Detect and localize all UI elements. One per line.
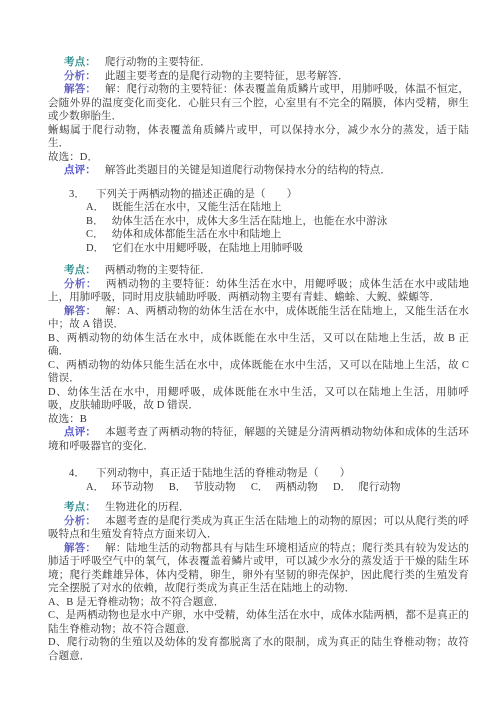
- question: 4．下列动物中，真正适于陆地生活的脊椎动物是（ ）: [48, 467, 469, 481]
- paragraph-text: C、两栖动物的幼体只能生活在水中，成体既能在水中生活，又可以在陆地上生活，故 C…: [48, 360, 469, 385]
- paragraph: D、幼体生活在水中，用鳃呼吸，成体既能在水中生活，又可以在陆地上生活，用肺呼吸，…: [48, 386, 469, 413]
- paragraph-label: 解答：: [64, 84, 96, 95]
- paragraph: B、两栖动物的幼体生活在水中，成体既能在水中生活，又可以在陆地上生活，故 B 正…: [48, 332, 469, 359]
- paragraph-label: 分析：: [64, 279, 97, 290]
- paragraph: 故选：D．: [48, 151, 469, 165]
- paragraph-label: 考点：: [64, 265, 96, 276]
- paragraph-text: 本题考查了两栖动物的特征，解题的关键是分清两栖动物幼体和成体的生活环境和呼吸器官…: [48, 427, 469, 452]
- option-text: 幼体和成体都能生活在水中和陆地上: [112, 229, 282, 240]
- option-text: 节肢动物: [193, 482, 235, 493]
- labeled-paragraph: 分析：两栖动物的主要特征：幼体生活在水中，用鳃呼吸；成体生活在水中或陆地上，用肺…: [48, 278, 469, 305]
- option-letter: B．: [86, 216, 104, 227]
- paragraph-text: 此题主要考查的是爬行动物的主要特征，思考解答．: [105, 71, 349, 82]
- paragraph-label: 解答：: [64, 543, 96, 554]
- question-number: 4．: [69, 468, 85, 479]
- answer-option: B．节肢动物: [169, 482, 236, 493]
- option-text: 既能生活在水中，又能生活在陆地上: [112, 202, 282, 213]
- question-stem: 下列关于两栖动物的描述正确的是（ ）: [96, 189, 297, 200]
- paragraph: 蜥蜴属于爬行动物，体表覆盖角质鳞片或甲，可以保持水分，减少水分的蒸发，适于陆生．: [48, 124, 469, 151]
- labeled-paragraph: 解答：解：爬行动物的主要特征：体表覆盖角质鳞片或甲，用肺呼吸，体温不恒定，会随外…: [48, 83, 469, 124]
- paragraph-text: 爬行动物的主要特征．: [105, 57, 211, 68]
- paragraph-text: A、B 是无脊椎动物；故不符合题意．: [48, 597, 225, 608]
- paragraph-text: B、两栖动物的幼体生活在水中，成体既能在水中生活，又可以在陆地上生活，故 B 正…: [48, 333, 469, 358]
- paragraph-label: 分析：: [64, 71, 96, 82]
- labeled-paragraph: 考点：爬行动物的主要特征．: [48, 56, 469, 70]
- answer-option: D．爬行动物: [333, 482, 401, 493]
- option-letter: C．: [86, 229, 104, 240]
- option-text: 爬行动物: [358, 482, 400, 493]
- paragraph-label: 点评：: [64, 427, 96, 438]
- paragraph-text: 蜥蜴属于爬行动物，体表覆盖角质鳞片或甲，可以保持水分，减少水分的蒸发，适于陆生．: [48, 125, 469, 150]
- answer-option: D．它们在水中用鳃呼吸，在陆地上用肺呼吸: [48, 242, 469, 256]
- paragraph-label: 解答：: [64, 306, 96, 317]
- document-page: 考点：爬行动物的主要特征．分析：此题主要考查的是爬行动物的主要特征，思考解答．解…: [0, 0, 500, 707]
- labeled-paragraph: 解答：解：A、两栖动物的幼体生活在水中，成体既能生活在陆地上，又能生活在水中；故…: [48, 305, 469, 332]
- paragraph: C、是两栖动物也是水中产卵，水中受精，幼体生活在水中，成体水陆两栖，都不是真正的…: [48, 609, 469, 636]
- labeled-paragraph: 点评：解答此类题目的关键是知道爬行动物保持水分的结构的特点．: [48, 164, 469, 178]
- answer-option: C．两栖动物: [251, 482, 318, 493]
- option-letter: D．: [86, 243, 104, 254]
- labeled-paragraph: 考点：两栖动物的主要特征．: [48, 264, 469, 278]
- paragraph-text: C、是两栖动物也是水中产卵，水中受精，幼体生活在水中，成体水陆两栖，都不是真正的…: [48, 610, 469, 635]
- paragraph-label: 考点：: [64, 57, 96, 68]
- question-stem: 下列动物中，真正适于陆地生活的脊椎动物是（ ）: [96, 468, 350, 479]
- paragraph-text: 本题考查的是爬行类成为真正生活在陆地上的动物的原因；可以从爬行类的呼吸特点和生殖…: [48, 516, 469, 541]
- answer-option: C．幼体和成体都能生活在水中和陆地上: [48, 228, 469, 242]
- answer-options-row: A．环节动物B．节肢动物C．两栖动物D．爬行动物: [48, 481, 469, 495]
- paragraph-label: 考点：: [64, 502, 96, 513]
- labeled-paragraph: 解答：解：陆地生活的动物都具有与陆生环境相适应的特点；爬行类具有较为发达的肺适于…: [48, 542, 469, 596]
- paragraph: 故选：B: [48, 413, 469, 427]
- paragraph-label: 分析：: [64, 516, 96, 527]
- paragraph: A、B 是无脊椎动物；故不符合题意．: [48, 596, 469, 610]
- answer-option: A．既能生活在水中，又能生活在陆地上: [48, 201, 469, 215]
- option-text: 环节动物: [111, 482, 153, 493]
- answer-option: A．环节动物: [86, 482, 154, 493]
- option-letter: A．: [86, 202, 104, 213]
- labeled-paragraph: 分析：此题主要考查的是爬行动物的主要特征，思考解答．: [48, 70, 469, 84]
- labeled-paragraph: 点评：本题考查了两栖动物的特征，解题的关键是分清两栖动物幼体和成体的生活环境和呼…: [48, 426, 469, 453]
- paragraph-text: 解：A、两栖动物的幼体生活在水中，成体既能生活在陆地上，又能生活在水中；故 A …: [48, 306, 469, 331]
- paragraph-text: 解：爬行动物的主要特征：体表覆盖角质鳞片或甲，用肺呼吸，体温不恒定，会随外界的温…: [48, 84, 469, 122]
- paragraph-text: 两栖动物的主要特征：幼体生活在水中，用鳃呼吸；成体生活在水中或陆地上，用肺呼吸，…: [48, 279, 469, 304]
- paragraph-text: 生物进化的历程．: [105, 502, 190, 513]
- option-text: 它们在水中用鳃呼吸，在陆地上用肺呼吸: [112, 243, 303, 254]
- paragraph-label: 点评：: [64, 165, 96, 176]
- option-letter: A．: [86, 482, 104, 493]
- document-content: 考点：爬行动物的主要特征．分析：此题主要考查的是爬行动物的主要特征，思考解答．解…: [48, 56, 469, 663]
- labeled-paragraph: 分析：本题考查的是爬行类成为真正生活在陆地上的动物的原因；可以从爬行类的呼吸特点…: [48, 515, 469, 542]
- question-number: 3．: [69, 189, 85, 200]
- paragraph-text: D、幼体生活在水中，用鳃呼吸，成体既能在水中生活，又可以在陆地上生活，用肺呼吸，…: [48, 387, 469, 412]
- paragraph: D、爬行动物的生殖以及幼体的发育都脱离了水的限制，成为真正的陆生脊椎动物；故符合…: [48, 636, 469, 663]
- paragraph-text: 故选：B: [48, 414, 87, 425]
- option-text: 幼体生活在水中，成体大多生活在陆地上，也能在水中游泳: [112, 216, 388, 227]
- paragraph-text: 解：陆地生活的动物都具有与陆生环境相适应的特点；爬行类具有较为发达的肺适于呼吸空…: [48, 543, 469, 595]
- paragraph-text: 解答此类题目的关键是知道爬行动物保持水分的结构的特点．: [105, 165, 391, 176]
- paragraph: C、两栖动物的幼体只能生活在水中，成体既能在水中生活，又可以在陆地上生活，故 C…: [48, 359, 469, 386]
- labeled-paragraph: 考点：生物进化的历程．: [48, 501, 469, 515]
- paragraph-text: 故选：D．: [48, 152, 98, 163]
- paragraph-text: D、爬行动物的生殖以及幼体的发育都脱离了水的限制，成为真正的陆生脊椎动物；故符合…: [48, 637, 469, 662]
- option-letter: B．: [169, 482, 187, 493]
- option-letter: D．: [333, 482, 351, 493]
- question: 3．下列关于两栖动物的描述正确的是（ ）: [48, 188, 469, 202]
- option-text: 两栖动物: [276, 482, 318, 493]
- answer-option: B．幼体生活在水中，成体大多生活在陆地上，也能在水中游泳: [48, 215, 469, 229]
- option-letter: C．: [251, 482, 269, 493]
- paragraph-text: 两栖动物的主要特征．: [105, 265, 211, 276]
